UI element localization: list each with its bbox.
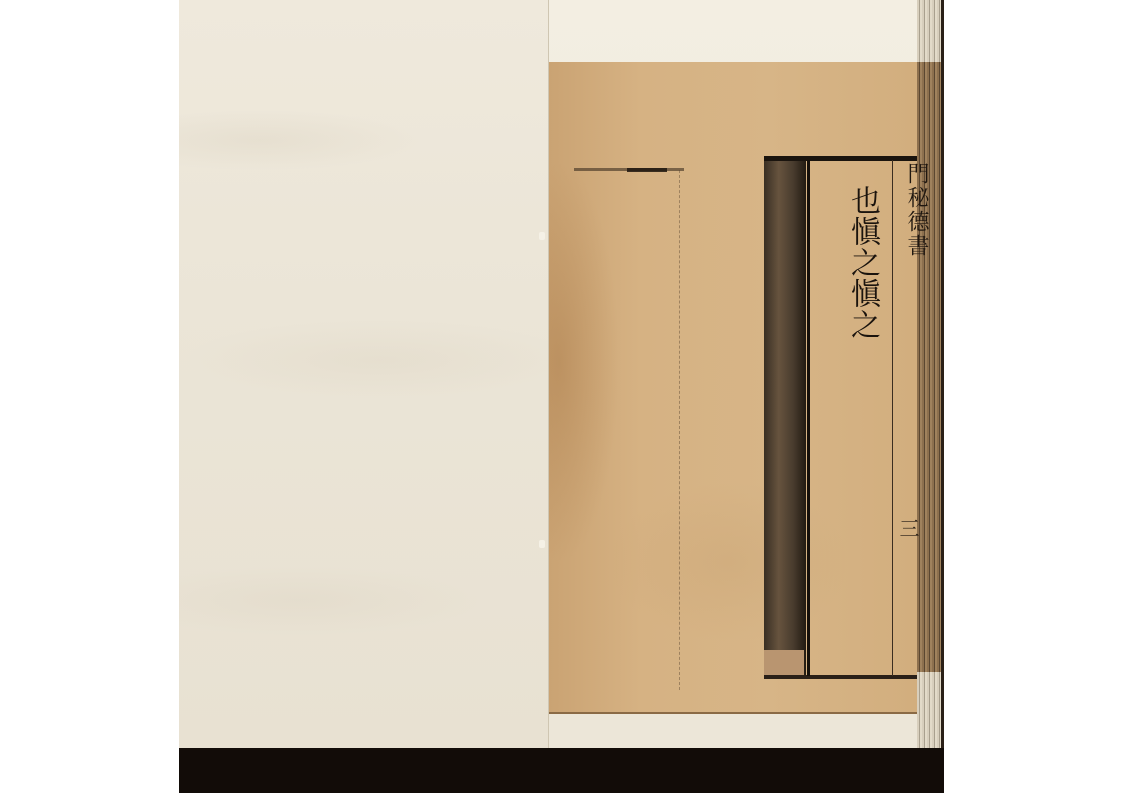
frame-inner-border — [807, 160, 810, 676]
margin-book-title: 門秘德書 — [903, 162, 927, 258]
inked-border-column — [764, 160, 806, 676]
main-text-column: 也愼之愼之 — [837, 185, 877, 340]
border-notch — [764, 650, 804, 676]
page-edges-stack — [917, 0, 941, 748]
center-column-line — [892, 160, 893, 676]
ghost-border-mark — [627, 168, 667, 172]
paper-texture — [179, 0, 551, 748]
page-number: 三 — [903, 518, 923, 538]
edge-shadow — [941, 0, 944, 748]
left-blank-page — [179, 0, 551, 748]
binding-stitch — [539, 232, 545, 240]
frame-top-border — [764, 156, 917, 161]
binding-stitch — [539, 540, 545, 548]
ghost-vertical-line — [679, 170, 681, 690]
page-edges-tan — [917, 62, 941, 672]
frame-bottom-border — [764, 675, 917, 679]
book-scan: 也愼之愼之 門秘德書 三 — [179, 0, 944, 793]
